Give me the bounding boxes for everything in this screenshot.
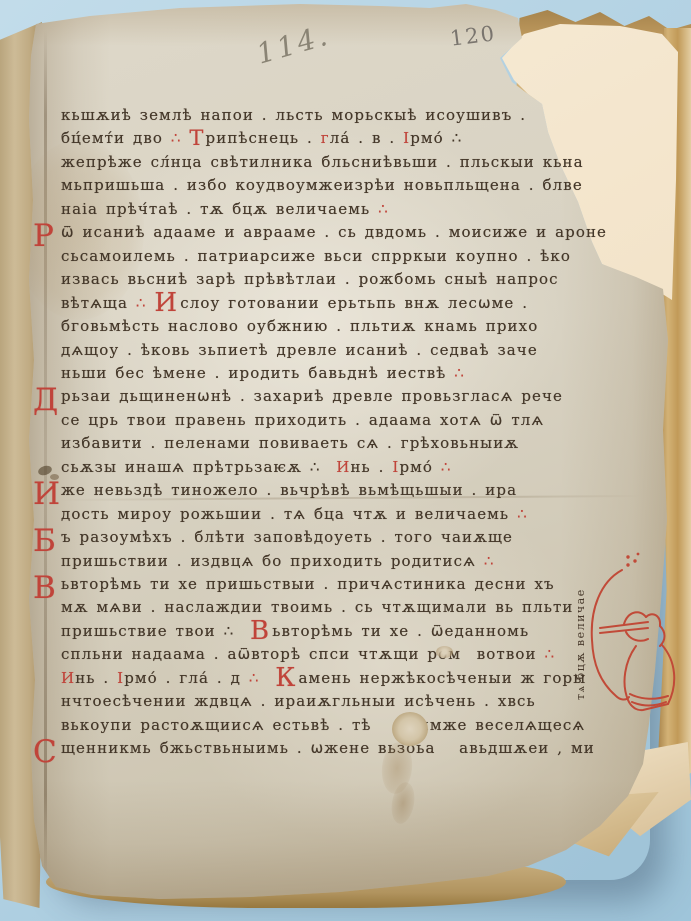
rubric-segment: ∴: [249, 669, 275, 687]
text-segment: слоу готовании ерьтьпь внѫ лесѡме .: [180, 294, 528, 312]
rubric-segment: И: [336, 458, 350, 476]
text-segment: [182, 129, 190, 147]
text-segment: нчтоесѣчении ждвцѧ . ираиѫгльныи исѣчень…: [61, 692, 536, 710]
text-line: нчтоесѣчении ждвцѧ . ираиѫгльныи исѣчень…: [61, 694, 536, 709]
manicule-flourish-bracket: [592, 570, 629, 700]
text-segment: мьпришьша . избо коудвоумжеизрѣи новьпль…: [61, 176, 583, 194]
rubric-segment: И: [61, 669, 75, 687]
text-line: Бъ разоумѣхъ . блѣти заповѣдоуеть . того…: [61, 530, 513, 545]
text-segment: нь .: [350, 458, 392, 476]
rubric-segment: ∴: [378, 200, 389, 218]
text-segment: ѿ исаниѣ адааме и аврааме . сь двдомь . …: [61, 223, 607, 241]
rubric-segment: ∴: [136, 294, 155, 312]
text-segment: бговьмѣсть наслово оубжнию . пльтиѫ кнам…: [61, 317, 538, 335]
text-segment: ла́ . в .: [330, 129, 403, 147]
text-segment: рьзаи дьщиненѡнѣ . захариѣ древле провьз…: [61, 387, 563, 405]
rubric-segment: С: [33, 737, 58, 768]
text-segment: вькоупи растоѫщиисѧ естьвѣ . тѣ имже вес…: [61, 716, 585, 734]
text-line: мѫ мѧви . наслаждии твоимь . сь чтѫщимал…: [61, 600, 573, 615]
text-segment: пришьствие твои ∴: [61, 622, 250, 640]
text-line: вькоупи растоѫщиисѧ естьвѣ . тѣ имже вес…: [61, 718, 585, 733]
text-line: Рѿ исаниѣ адааме и аврааме . сь двдомь .…: [61, 225, 607, 240]
manicule-hand-icon: тѧ бцѫ величае: [552, 548, 691, 728]
text-segment: бц́емт́и дво: [61, 129, 171, 147]
text-line: сьѫзы инашѧ прѣтрьзаѥѫ ∴ Инь . Ірмо́ ∴: [61, 460, 452, 475]
text-line: Иже невьздѣ тиножело . вьчрѣвѣ вьмѣщьшыи…: [61, 483, 517, 498]
text-segment: сьсамоилемь . патриарсиже вьси спрркыи к…: [61, 247, 571, 265]
text-segment: мѫ мѧви . наслаждии твоимь . сь чтѫщимал…: [61, 598, 573, 616]
text-segment: спльни надаама . аѿвторѣ спси чтѫщи ром …: [61, 645, 544, 663]
text-line: бц́емт́и дво ∴ Трипѣснець . гла́ . в . І…: [61, 131, 462, 146]
red-dot-ornament: [626, 553, 639, 567]
small-parchment-spot: [436, 646, 453, 658]
parchment-hole: [392, 712, 428, 746]
rubric-segment: г: [321, 129, 330, 147]
text-segment: амень нержѣкосѣченыи ж горы: [298, 669, 586, 687]
text-segment: нь .: [75, 669, 117, 687]
text-line: спльни надаама . аѿвторѣ спси чтѫщи ром …: [61, 647, 555, 662]
text-line: Сщенникмь бжьствьныимь . ѡжене вьзоьа ав…: [61, 741, 595, 756]
text-segment: пришьствии . издвцѧ бо приходить родитис…: [61, 552, 484, 570]
text-line: пришьствии . издвцѧ бо приходить родитис…: [61, 554, 495, 569]
rubric-segment: ∴: [484, 552, 495, 570]
text-line: бговьмѣсть наслово оубжнию . пльтиѫ кнам…: [61, 319, 538, 334]
text-line: избавити . пеленами повиваеть сѧ . грѣхо…: [61, 436, 519, 451]
text-line: кьшѫиѣ землѣ напои . льсть морьскыѣ исоу…: [61, 108, 526, 123]
text-segment: рмо́ . гла́ . д: [124, 669, 249, 687]
text-segment: щенникмь бжьствьныимь . ѡжене вьзоьа авь…: [61, 739, 595, 757]
manuscript-photo: { "photo": { "palette": { "backdrop_blue…: [0, 0, 691, 921]
rubric-segment: ∴: [454, 364, 465, 382]
text-line: сьсамоилемь . патриарсиже вьси спрркыи к…: [61, 249, 571, 264]
marginal-vertical-note: тѧ бцѫ величае: [574, 588, 587, 700]
text-segment: жепрѣже сл́нца свѣтилника бльсниѣвьши . …: [61, 153, 584, 171]
text-segment: дость мироу рожьшии . тѧ бца чтѫ и велич…: [61, 505, 517, 523]
text-segment: сьѫзы инашѧ прѣтрьзаѥѫ ∴: [61, 458, 336, 476]
text-segment: избавити . пеленами повиваеть сѧ . грѣхо…: [61, 434, 519, 452]
text-segment: наіа прѣч́таѣ . тѫ бцѫ величаемь: [61, 200, 378, 218]
text-line: Дрьзаи дьщиненѡнѣ . захариѣ древле провь…: [61, 389, 563, 404]
rubric-segment: ∴: [441, 458, 452, 476]
text-line: ньши бес ѣмене . иродить бавьднѣ иествѣ …: [61, 366, 465, 381]
text-line: дѧщоу . ѣковь зьпиетѣ древле исаниѣ . се…: [61, 343, 538, 358]
rubric-segment: ∴: [517, 505, 528, 523]
text-segment: вѣтѧща: [61, 294, 136, 312]
rubric-segment: Б: [33, 526, 57, 557]
text-line: дость мироу рожьшии . тѧ бца чтѫ и велич…: [61, 507, 528, 522]
text-block: кьшѫиѣ землѣ напои . льсть морьскыѣ исоу…: [0, 0, 691, 921]
text-line: извась вьсниѣ зарѣ прѣвѣтлаи . рожбомь с…: [61, 272, 559, 287]
text-line: жепрѣже сл́нца свѣтилника бльсниѣвьши . …: [61, 155, 584, 170]
text-segment: ъ разоумѣхъ . блѣти заповѣдоуеть . того …: [61, 528, 513, 546]
text-segment: се црь твои правень приходить . адаама х…: [61, 411, 544, 429]
text-line: наіа прѣч́таѣ . тѫ бцѫ величаемь ∴: [61, 202, 389, 217]
text-segment: дѧщоу . ѣковь зьпиетѣ древле исаниѣ . се…: [61, 341, 538, 359]
rubric-segment: ∴: [171, 129, 182, 147]
rubric-segment: Д: [33, 385, 59, 416]
text-segment: рмо́: [399, 458, 440, 476]
text-line: мьпришьша . избо коудвоумжеизрѣи новьпль…: [61, 178, 583, 193]
text-segment: извась вьсниѣ зарѣ прѣвѣтлаи . рожбомь с…: [61, 270, 559, 288]
text-segment: ньши бес ѣмене . иродить бавьднѣ иествѣ: [61, 364, 454, 382]
text-line: Вьвторѣмь ти хе пришьствыи . причѧстиник…: [61, 577, 555, 592]
text-segment: кьшѫиѣ землѣ напои . льсть морьскыѣ исоу…: [61, 106, 526, 124]
text-line: Инь . Ірмо́ . гла́ . д ∴ Камень нержѣкос…: [61, 671, 586, 686]
text-line: вѣтѧща ∴ Ислоу готовании ерьтьпь внѫ лес…: [61, 296, 528, 311]
rubric-segment: И: [33, 479, 61, 510]
text-line: пришьствие твои ∴ Вьвторѣмь ти хе . ѿеда…: [61, 624, 529, 639]
text-segment: же невьздѣ тиножело . вьчрѣвѣ вьмѣщьшыи …: [61, 481, 517, 499]
text-segment: рмо́ ∴: [410, 129, 462, 147]
manicule-sleeve: [625, 645, 675, 710]
text-segment: ьвторѣмь ти хе пришьствыи . причѧстиника…: [61, 575, 555, 593]
text-segment: ьвторѣмь ти хе . ѿеданномь: [272, 622, 529, 640]
rubric-segment: В: [33, 573, 57, 604]
text-segment: рипѣснець .: [206, 129, 321, 147]
rubric-segment: Р: [33, 221, 55, 252]
text-line: се црь твои правень приходить . адаама х…: [61, 413, 544, 428]
